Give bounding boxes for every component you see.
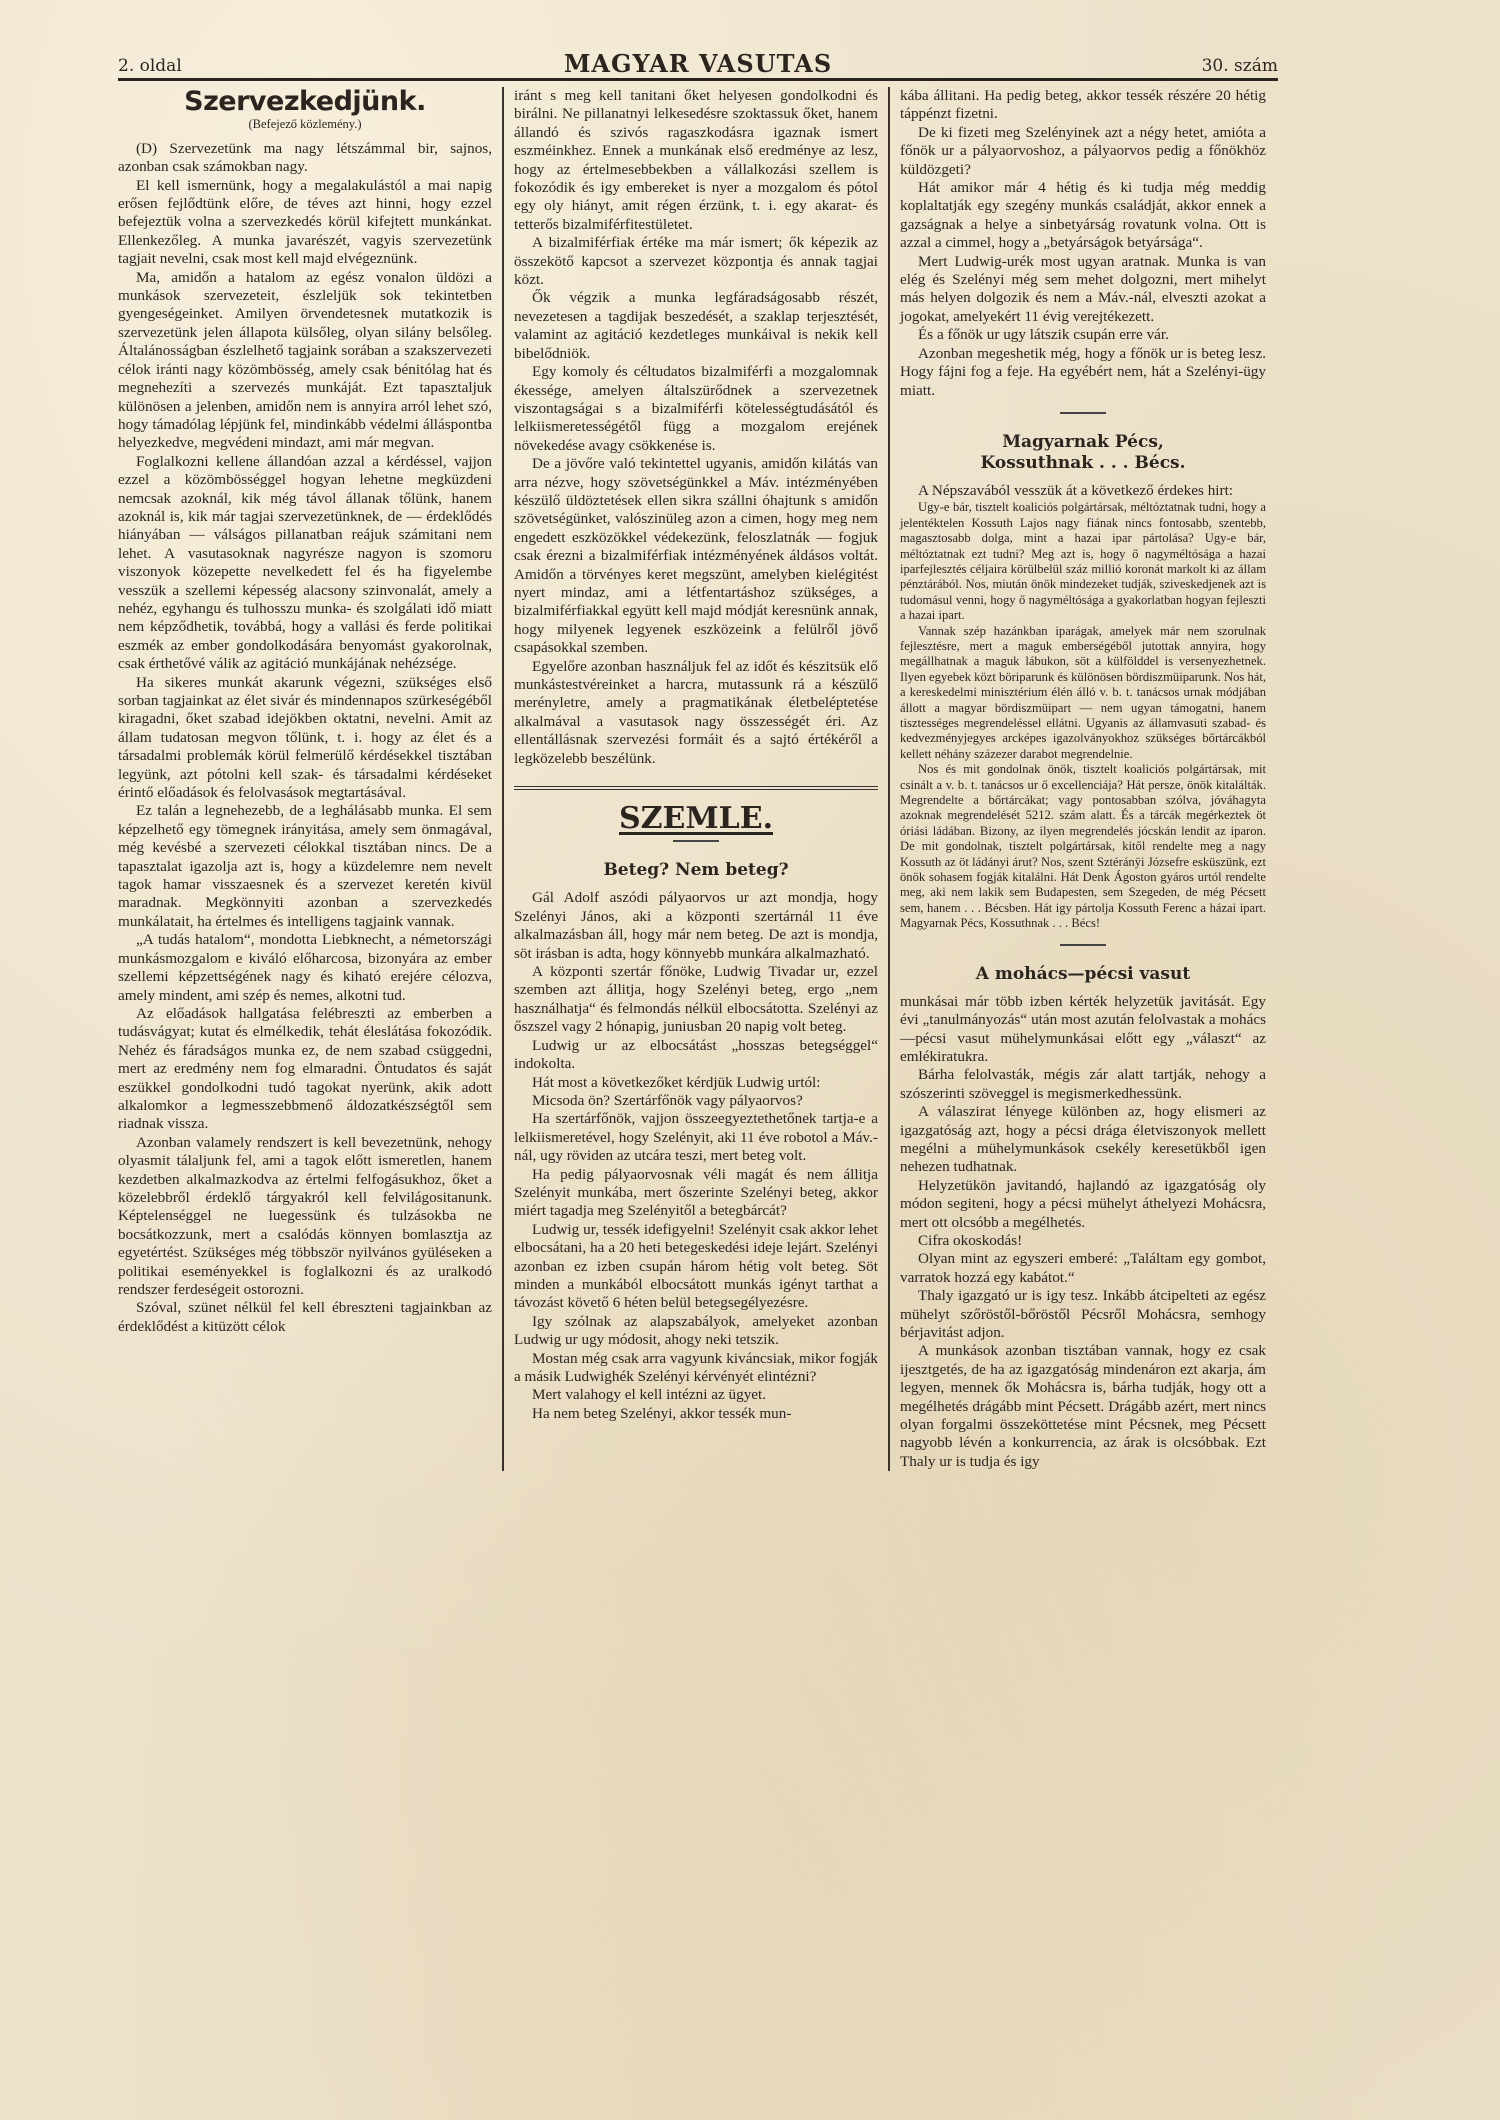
paragraph: Ha sikeres munkát akarunk végezni, szüks… [118, 674, 492, 803]
paragraph: Foglalkozni kellene állandóan azzal a ké… [118, 453, 492, 674]
paragraph: iránt s meg kell tanitani őket helyesen … [514, 87, 878, 234]
intro-paragraph: A Népszavából vesszük át a következő érd… [900, 482, 1266, 500]
column-2: iránt s meg kell tanitani őket helyesen … [504, 87, 890, 1471]
masthead: 2. oldal MAGYAR VASUTAS 30. szám [118, 40, 1278, 81]
title-line-2: Kossuthnak . . . Bécs. [980, 453, 1185, 473]
paragraph: Cifra okoskodás! [900, 1232, 1266, 1250]
article-title: Magyarnak Pécs, Kossuthnak . . . Bécs. [900, 432, 1266, 474]
paragraph: El kell ismernünk, hogy a megalakulástól… [118, 177, 492, 269]
paragraph: És a főnök ur ugy látszik csupán erre vá… [900, 326, 1266, 344]
paragraph: Gál Adolf aszódi pályaorvos ur azt mondj… [514, 889, 878, 963]
paragraph: Ma, amidőn a hatalom az egész vonalon ül… [118, 269, 492, 453]
paragraph: Thaly igazgató ur is igy tesz. Inkább át… [900, 1287, 1266, 1342]
paragraph: Mert valahogy el kell intézni az ügyet. [514, 1386, 878, 1404]
divider [1060, 944, 1106, 946]
newspaper-page: 2. oldal MAGYAR VASUTAS 30. szám Szervez… [118, 40, 1278, 1471]
quoted-text: Ugy-e bár, tisztelt koaliciós polgártárs… [900, 500, 1266, 931]
paragraph: Azonban megeshetik még, hogy a főnök ur … [900, 345, 1266, 400]
article-title: Szervezkedjünk. [118, 93, 492, 111]
paragraph: Bárha felolvasták, mégis zár alatt tartj… [900, 1066, 1266, 1103]
paragraph: Nos és mit gondolnak önök, tisztelt koal… [900, 762, 1266, 931]
paragraph: De ki fizeti meg Szelényinek azt a négy … [900, 124, 1266, 179]
paragraph: Egy komoly és céltudatos bizalmiférfi a … [514, 363, 878, 455]
section-title: SZEMLE. [514, 810, 878, 828]
article-title: A mohács—pécsi vasut [900, 964, 1266, 985]
paragraph: „A tudás hatalom“, mondotta Liebknecht, … [118, 931, 492, 1005]
paragraph: munkásai már több izben kérték helyzetük… [900, 993, 1266, 1067]
divider [1060, 412, 1106, 414]
paragraph: A munkások azonban tisztában vannak, hog… [900, 1342, 1266, 1471]
paragraph: Ez talán a legnehezebb, de a leghálásabb… [118, 802, 492, 931]
paragraph: De a jövőre való tekintettel ugyanis, am… [514, 455, 878, 657]
paragraph: Ők végzik a munka legfáradságosabb részé… [514, 289, 878, 363]
paragraph: Igy szólnak az alapszabályok, amelyeket … [514, 1313, 878, 1350]
columns: Szervezkedjünk. (Befejező közlemény.) (D… [118, 87, 1278, 1471]
divider [673, 840, 719, 842]
column-1: Szervezkedjünk. (Befejező közlemény.) (D… [118, 87, 504, 1471]
paragraph: Hát amikor már 4 hétig és ki tudja még m… [900, 179, 1266, 253]
newspaper-title: MAGYAR VASUTAS [118, 49, 1278, 78]
paragraph: Azonban valamely rendszert is kell bevez… [118, 1134, 492, 1300]
paragraph: Olyan mint az egyszeri emberé: „Találtam… [900, 1250, 1266, 1287]
paragraph: Szóval, szünet nélkül fel kell ébreszten… [118, 1299, 492, 1336]
paragraph: Hát most a következőket kérdjük Ludwig u… [514, 1074, 878, 1092]
issue-number: 30. szám [1202, 56, 1278, 76]
paragraph: Egyelőre azonban használjuk fel az időt … [514, 658, 878, 768]
paragraph: Mert Ludwig-urék most ugyan aratnak. Mun… [900, 253, 1266, 327]
paragraph: Ludwig ur az elbocsátást „hosszas betegs… [514, 1037, 878, 1074]
paragraph: Ha szertárfőnök, vajjon összeegyeztethet… [514, 1110, 878, 1165]
paragraph: kába állitani. Ha pedig beteg, akkor tes… [900, 87, 1266, 124]
column-3: kába állitani. Ha pedig beteg, akkor tes… [890, 87, 1276, 1471]
paragraph: Mostan még csak arra vagyunk kiváncsiak,… [514, 1350, 878, 1387]
title-line-1: Magyarnak Pécs, [1002, 432, 1164, 452]
section-divider [514, 786, 878, 790]
paragraph: Helyzetükön javitandó, hajlandó az igazg… [900, 1177, 1266, 1232]
paragraph: Ha nem beteg Szelényi, akkor tessék mun- [514, 1405, 878, 1423]
paragraph: A központi szertár főnöke, Ludwig Tivada… [514, 963, 878, 1037]
paragraph: Vannak szép hazánkban iparágak, amelyek … [900, 624, 1266, 763]
paragraph: Micsoda ön? Szertárfőnök vagy pályaorvos… [514, 1092, 878, 1110]
paragraph: Ha pedig pályaorvosnak véli magát és nem… [514, 1166, 878, 1221]
paragraph: Ugy-e bár, tisztelt koaliciós polgártárs… [900, 500, 1266, 623]
article-title: Beteg? Nem beteg? [514, 860, 878, 881]
paragraph: A bizalmiférfiak értéke ma már ismert; ő… [514, 234, 878, 289]
paragraph: (D) Szervezetünk ma nagy létszámmal bir,… [118, 140, 492, 177]
article-subtitle: (Befejező közlemény.) [118, 115, 492, 133]
paragraph: A válaszirat lényege különben az, hogy e… [900, 1103, 1266, 1177]
paragraph: Ludwig ur, tessék idefigyelni! Szelényit… [514, 1221, 878, 1313]
paragraph: Az előadások hallgatása felébreszti az e… [118, 1005, 492, 1134]
